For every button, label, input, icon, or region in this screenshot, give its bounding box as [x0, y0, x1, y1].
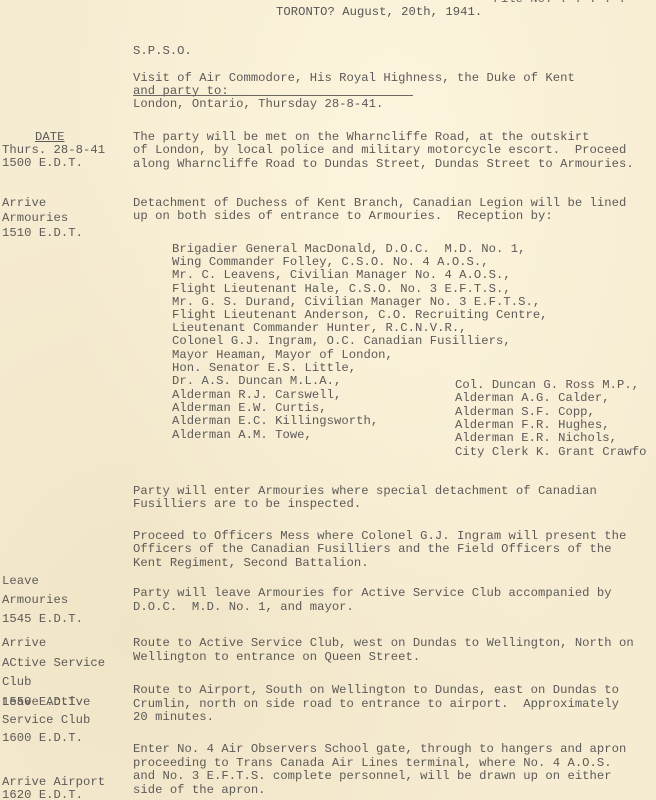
paragraph-route-airport: Crumlin, north on side road to entrance …	[133, 697, 619, 711]
reception-list-item: Alderman E.R. Nichols,	[455, 431, 617, 445]
paragraph-escort: The party will be met on the Wharncliffe…	[133, 130, 590, 144]
paragraph-inspection: Party will enter Armouries where special…	[133, 484, 597, 498]
schedule-time-entry: 1510 E.D.T.	[2, 226, 83, 240]
reception-list-item: Colonel G.J. Ingram, O.C. Canadian Fusil…	[172, 334, 511, 348]
reception-list-item: Lieutenant Commander Hunter, R.C.N.V.R.,	[172, 321, 467, 335]
reception-list-item: Mayor Heaman, Mayor of London,	[172, 348, 393, 362]
reception-list-item: Mr. C. Leavens, Civilian Manager No. 4 A…	[172, 268, 511, 282]
paragraph-route-active-service-club: Wellington to entrance on Queen Street.	[133, 650, 420, 664]
schedule-time-entry: Armouries	[2, 593, 68, 607]
schedule-time-entry: ACtive Service	[2, 656, 105, 670]
reception-list-item: Alderman E.W. Curtis,	[172, 401, 327, 415]
schedule-time-entry: Club	[2, 675, 31, 689]
subject-line-3: London, Ontario, Thursday 28-8-41.	[133, 97, 383, 111]
paragraph-leave-armouries: Party will leave Armouries for Active Se…	[133, 586, 612, 600]
paragraph-leave-armouries: D.O.C. M.D. No. 1, and mayor.	[133, 600, 354, 614]
paragraph-escort: along Wharncliffe Road to Dundas Street,…	[133, 157, 634, 171]
paragraph-officers-mess: Proceed to Officers Mess where Colonel G…	[133, 529, 626, 543]
reception-list-item: Hon. Senator E.S. Little,	[172, 361, 356, 375]
schedule-time-entry: Leave	[2, 574, 39, 588]
addressee: S.P.S.O.	[133, 44, 192, 58]
reception-list-item: Alderman F.R. Hughes,	[455, 418, 610, 432]
schedule-time-entry: 1620 E.D.T.	[2, 788, 83, 800]
paragraph-airport-arrival: and No. 3 E.F.T.S. complete personnel, w…	[133, 769, 612, 783]
subject-line-1: Visit of Air Commodore, His Royal Highne…	[133, 71, 575, 85]
date-heading: DATE	[35, 130, 64, 144]
paragraph-inspection: Fusilliers are to be inspected.	[133, 497, 361, 511]
reception-list-item: Brigadier General MacDonald, D.O.C. M.D.…	[172, 242, 525, 256]
reception-list-item: Flight Lieutenant Hale, C.S.O. No. 3 E.F…	[172, 282, 511, 296]
schedule-time-entry: Arrive	[2, 196, 46, 210]
paragraph-officers-mess: Kent Regiment, Second Battalion.	[133, 556, 369, 570]
reception-list-item: Wing Commander Folley, C.S.O. No. 4 A.O.…	[172, 255, 489, 269]
place-date: TORONTO? August, 20th, 1941.	[276, 5, 482, 19]
paragraph-airport-arrival: Enter No. 4 Air Observers School gate, t…	[133, 742, 626, 756]
schedule-time-entry: Arrive Airport	[2, 775, 105, 789]
schedule-time-entry: Armouries	[2, 211, 68, 225]
reception-list-item: Alderman R.J. Carswell,	[172, 388, 341, 402]
reception-list-item: City Clerk K. Grant Crawfo	[455, 445, 646, 459]
paragraph-airport-arrival: proceeding to Trans Canada Air Lines ter…	[133, 756, 612, 770]
paragraph-route-airport: 20 minutes.	[133, 710, 214, 724]
schedule-time-entry: 1545 E.D.T.	[2, 612, 83, 626]
reception-list-item: Alderman A.M. Towe,	[172, 428, 312, 442]
file-number-line: File No. . . . . .	[493, 0, 626, 6]
schedule-time-entry: Service Club	[2, 713, 90, 727]
reception-list-item: Col. Duncan G. Ross M.P.,	[455, 378, 639, 392]
paragraph-reception: up on both sides of entrance to Armourie…	[133, 209, 553, 223]
reception-list-item: Dr. A.S. Duncan M.L.A.,	[172, 374, 341, 388]
schedule-time-entry: Thurs. 28-8-41	[2, 143, 105, 157]
reception-list-item: Alderman E.C. Killingsworth,	[172, 414, 378, 428]
reception-list-item: Flight Lieutenant Anderson, C.O. Recruit…	[172, 308, 548, 322]
schedule-time-entry: Leave Active	[2, 695, 90, 709]
paragraph-route-airport: Route to Airport, South on Wellington to…	[133, 683, 619, 697]
typewritten-document: File No. . . . . . TORONTO? August, 20th…	[0, 0, 656, 800]
subject-underline	[133, 95, 413, 96]
schedule-time-entry: 1500 E.D.T.	[2, 156, 83, 170]
reception-list-item: Alderman S.F. Copp,	[455, 405, 595, 419]
paragraph-escort: of London, by local police and military …	[133, 143, 626, 157]
paragraph-route-active-service-club: Route to Active Service Club, west on Du…	[133, 636, 634, 650]
schedule-time-entry: 1600 E.D.T.	[2, 731, 83, 745]
paragraph-airport-arrival: side of the apron.	[133, 783, 266, 797]
paragraph-reception: Detachment of Duchess of Kent Branch, Ca…	[133, 196, 626, 210]
paragraph-officers-mess: Officers of the Canadian Fusilliers and …	[133, 542, 612, 556]
reception-list-item: Alderman A.G. Calder,	[455, 391, 610, 405]
reception-list-item: Mr. G. S. Durand, Civilian Manager No. 3…	[172, 295, 540, 309]
schedule-time-entry: Arrive	[2, 636, 46, 650]
